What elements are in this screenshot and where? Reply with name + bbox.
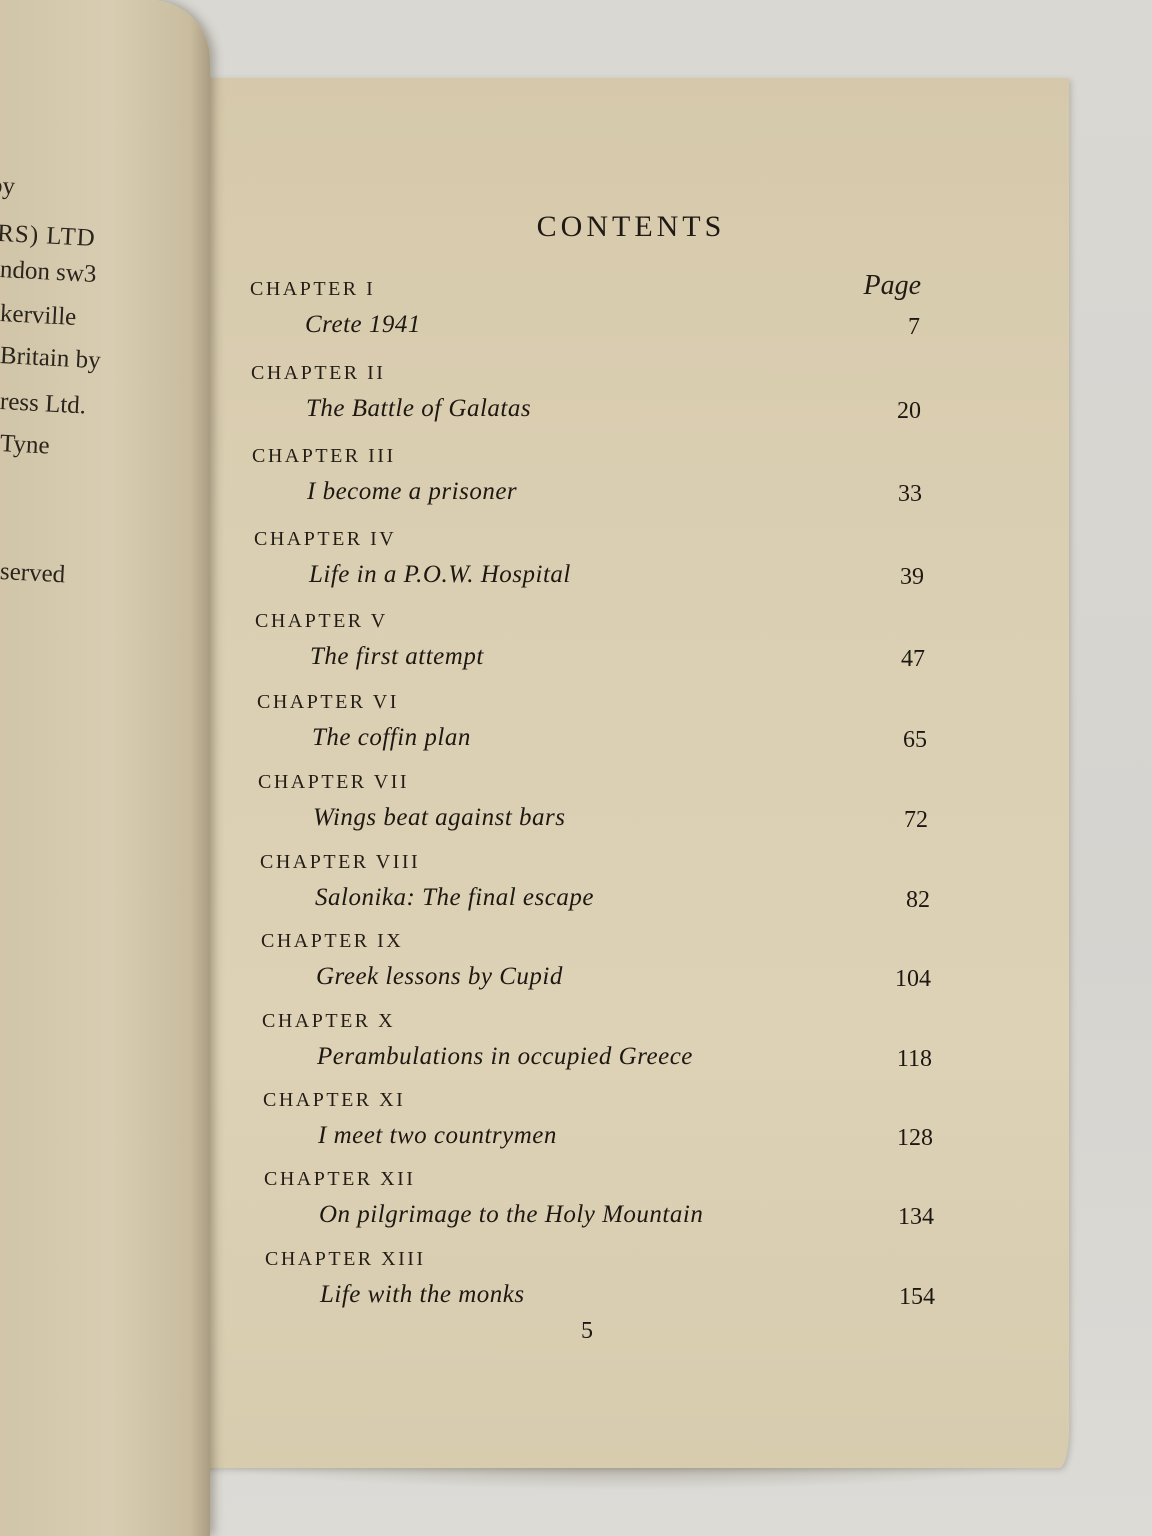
contents-entry: CHAPTER II The Battle of Galatas 20 (251, 362, 921, 442)
chapter-title: Crete 1941 (305, 311, 421, 339)
chapter-page: 72 (904, 807, 928, 834)
chapter-label: CHAPTER II (251, 362, 385, 385)
chapter-page: 134 (898, 1204, 934, 1231)
chapter-title: I become a prisoner (307, 478, 517, 506)
chapter-label: CHAPTER V (255, 610, 388, 633)
chapter-title: The first attempt (310, 643, 484, 671)
contents-entry: CHAPTER V The first attempt 47 (255, 610, 925, 690)
contents-entry: CHAPTER X Perambulations in occupied Gre… (262, 1010, 932, 1090)
contents-entry: CHAPTER VII Wings beat against bars 72 (258, 771, 928, 851)
chapter-label: CHAPTER XI (263, 1089, 405, 1112)
left-page: by HERS) LTD ndon sw3 kerville Britain b… (0, 0, 210, 1536)
chapter-label: CHAPTER VIII (260, 851, 420, 874)
chapter-title: Greek lessons by Cupid (316, 963, 563, 991)
chapter-title: I meet two countrymen (318, 1122, 557, 1150)
chapter-label: CHAPTER XII (264, 1168, 415, 1191)
imprint-line: Tyne (0, 430, 50, 461)
imprint-line: served (0, 558, 66, 589)
chapter-page: 39 (900, 564, 924, 591)
chapter-title: Life in a P.O.W. Hospital (309, 561, 571, 589)
chapter-page: 7 (908, 314, 920, 341)
contents-entry: CHAPTER XI I meet two countrymen 128 (263, 1089, 933, 1169)
chapter-page: 154 (899, 1284, 935, 1311)
contents-entry: CHAPTER IX Greek lessons by Cupid 104 (261, 930, 931, 1010)
imprint-line: kerville (0, 300, 77, 332)
chapter-page: 128 (897, 1125, 933, 1152)
chapter-title: On pilgrimage to the Holy Mountain (319, 1201, 703, 1229)
chapter-label: CHAPTER IX (261, 930, 403, 953)
chapter-title: Life with the monks (320, 1281, 525, 1309)
imprint-line: ndon sw3 (0, 256, 97, 289)
contents-entry: CHAPTER VIII Salonika: The final escape … (260, 851, 930, 931)
imprint-line: by (0, 172, 16, 201)
contents-entry: CHAPTER VI The coffin plan 65 (257, 691, 927, 771)
page-title: CONTENTS (183, 210, 1069, 244)
contents-entry: CHAPTER I Crete 1941 7 (250, 278, 920, 358)
chapter-page: 82 (906, 887, 930, 914)
page-number: 5 (581, 1318, 593, 1345)
chapter-page: 33 (898, 481, 922, 508)
imprint-line: HERS) LTD (0, 218, 96, 253)
chapter-title: The coffin plan (312, 724, 471, 752)
chapter-label: CHAPTER I (250, 278, 375, 301)
contents-page: CONTENTS Page CHAPTER I Crete 1941 7 CHA… (183, 78, 1069, 1468)
contents-entry: CHAPTER IV Life in a P.O.W. Hospital 39 (254, 528, 924, 608)
chapter-title: Salonika: The final escape (315, 884, 594, 912)
chapter-title: The Battle of Galatas (306, 395, 531, 423)
chapter-page: 47 (901, 646, 925, 673)
chapter-label: CHAPTER VI (257, 691, 399, 714)
contents-entry: CHAPTER XII On pilgrimage to the Holy Mo… (264, 1168, 934, 1248)
chapter-title: Wings beat against bars (313, 804, 566, 832)
chapter-label: CHAPTER IV (254, 528, 396, 551)
chapter-label: CHAPTER XIII (265, 1248, 426, 1271)
chapter-page: 65 (903, 727, 927, 754)
chapter-label: CHAPTER X (262, 1010, 395, 1033)
chapter-label: CHAPTER III (252, 445, 396, 468)
chapter-page: 20 (897, 398, 921, 425)
chapter-label: CHAPTER VII (258, 771, 409, 794)
imprint-line: ress Ltd. (0, 388, 87, 420)
contents-entry: CHAPTER XIII Life with the monks 154 (265, 1248, 935, 1328)
chapter-page: 118 (897, 1046, 932, 1073)
contents-entry: CHAPTER III I become a prisoner 33 (252, 445, 922, 525)
chapter-title: Perambulations in occupied Greece (317, 1043, 693, 1071)
chapter-page: 104 (895, 966, 931, 993)
imprint-line: Britain by (0, 342, 101, 375)
